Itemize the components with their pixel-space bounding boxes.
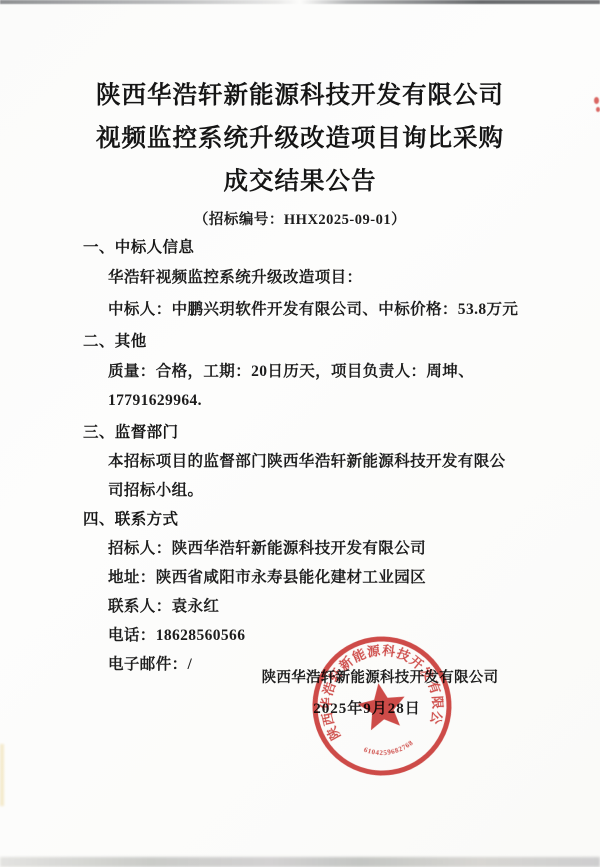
section-heading: 一、中标人信息 — [83, 233, 545, 262]
company-seal: 陕西华浩轩新能源科技开发有限公司 6104259682768 — [290, 614, 473, 797]
document-body: 一、中标人信息 华浩轩视频监控系统升级改造项目： 中标人：中鹏兴玥软件开发有限公… — [83, 233, 545, 679]
paragraph: 本招标项目的监督部门陕西华浩轩新能源科技开发有限公司招标小组。 — [108, 447, 520, 505]
document-page: 陕西华浩轩新能源科技开发有限公司 视频监控系统升级改造项目询比采购 成交结果公告… — [0, 0, 600, 867]
paragraph: 地址：陕西省咸阳市永寿县能化建材工业园区 — [108, 563, 520, 592]
seal-code: 6104259682768 — [362, 738, 416, 760]
section-heading: 二、其他 — [83, 327, 545, 356]
paragraph: 联系人：袁永红 — [108, 592, 520, 621]
scan-artifact-left — [0, 744, 4, 806]
page-title-line-3: 成交结果公告 — [0, 160, 600, 203]
paragraph: 华浩轩视频监控系统升级改造项目： — [108, 263, 520, 292]
page-title-line-1: 陕西华浩轩新能源科技开发有限公司 — [0, 74, 600, 117]
scan-artifact-bottom — [0, 857, 600, 867]
paragraph: 招标人：陕西华浩轩新能源科技开发有限公司 — [108, 534, 520, 563]
seal-star-icon — [355, 680, 409, 732]
section-heading: 四、联系方式 — [83, 505, 545, 534]
document-header: 陕西华浩轩新能源科技开发有限公司 视频监控系统升级改造项目询比采购 成交结果公告… — [0, 74, 600, 229]
section-winner-info: 一、中标人信息 华浩轩视频监控系统升级改造项目： 中标人：中鹏兴玥软件开发有限公… — [83, 233, 545, 324]
paragraph: 质量：合格，工期：20日历天，项目负责人：周坤、17791629964. — [108, 357, 520, 415]
section-heading: 三、监督部门 — [83, 418, 545, 447]
section-supervision: 三、监督部门 本招标项目的监督部门陕西华浩轩新能源科技开发有限公司招标小组。 — [83, 418, 545, 505]
paragraph: 中标人：中鹏兴玥软件开发有限公司、中标价格：53.8万元 — [108, 295, 520, 324]
scan-artifact-top — [0, 0, 600, 4]
seal-arc-text: 陕西华浩轩新能源科技开发有限公司 — [290, 614, 449, 748]
page-title-line-2: 视频监控系统升级改造项目询比采购 — [0, 117, 600, 160]
bid-number: （招标编号：HHX2025-09-01） — [0, 208, 600, 229]
section-other: 二、其他 质量：合格，工期：20日历天，项目负责人：周坤、17791629964… — [83, 327, 545, 415]
